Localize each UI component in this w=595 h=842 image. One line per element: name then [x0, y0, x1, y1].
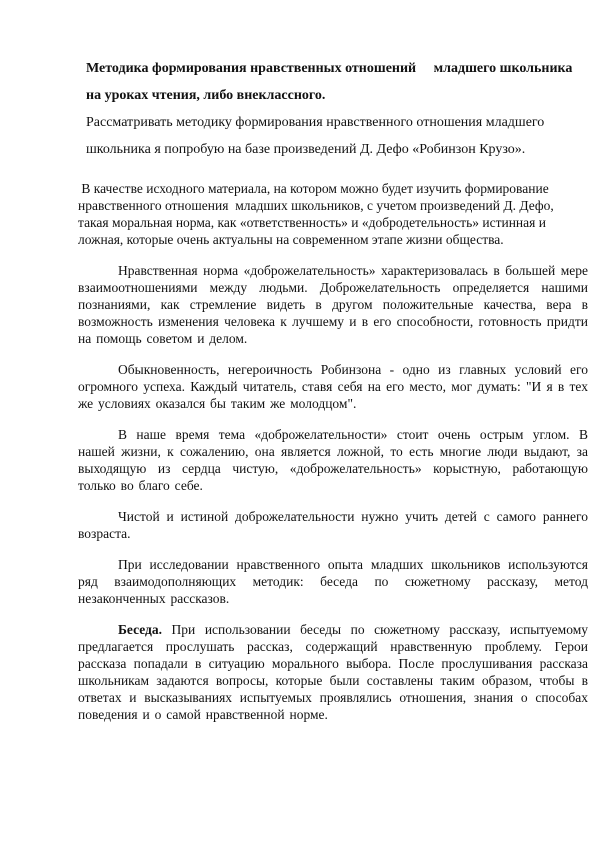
paragraph-text: В наше время тема «доброжелательности» с… [78, 427, 588, 493]
paragraph: Беседа. При использовании беседы по сюже… [78, 621, 588, 723]
paragraph-lead: Беседа. [118, 622, 162, 637]
paragraph-text: Методика формирования нравственных отнош… [86, 61, 576, 103]
page-title: Методика формирования нравственных отнош… [78, 55, 588, 109]
paragraph: Обыкновенность, негероичность Робинзона … [78, 361, 588, 412]
paragraph-text: В качестве исходного материала, на котор… [78, 181, 557, 247]
document-page: Методика формирования нравственных отнош… [0, 0, 595, 842]
paragraph-text: При использовании беседы по сюжетному ра… [78, 622, 588, 722]
paragraph: В наше время тема «доброжелательности» с… [78, 426, 588, 494]
paragraph: Чистой и истиной доброжелательности нужн… [78, 508, 588, 542]
paragraph: Нравственная норма «доброжелательность» … [78, 262, 588, 347]
paragraph-text: Рассматривать методику формирования нрав… [86, 115, 548, 157]
paragraph: Рассматривать методику формирования нрав… [78, 109, 588, 163]
paragraph-text: При исследовании нравственного опыта мла… [78, 557, 588, 606]
paragraphs-container: Методика формирования нравственных отнош… [78, 55, 588, 723]
paragraph-text: Нравственная норма «доброжелательность» … [78, 263, 588, 346]
paragraph-text: Чистой и истиной доброжелательности нужн… [78, 509, 588, 541]
paragraph: При исследовании нравственного опыта мла… [78, 556, 588, 607]
paragraph-text: Обыкновенность, негероичность Робинзона … [78, 362, 588, 411]
paragraph: В качестве исходного материала, на котор… [78, 180, 560, 248]
